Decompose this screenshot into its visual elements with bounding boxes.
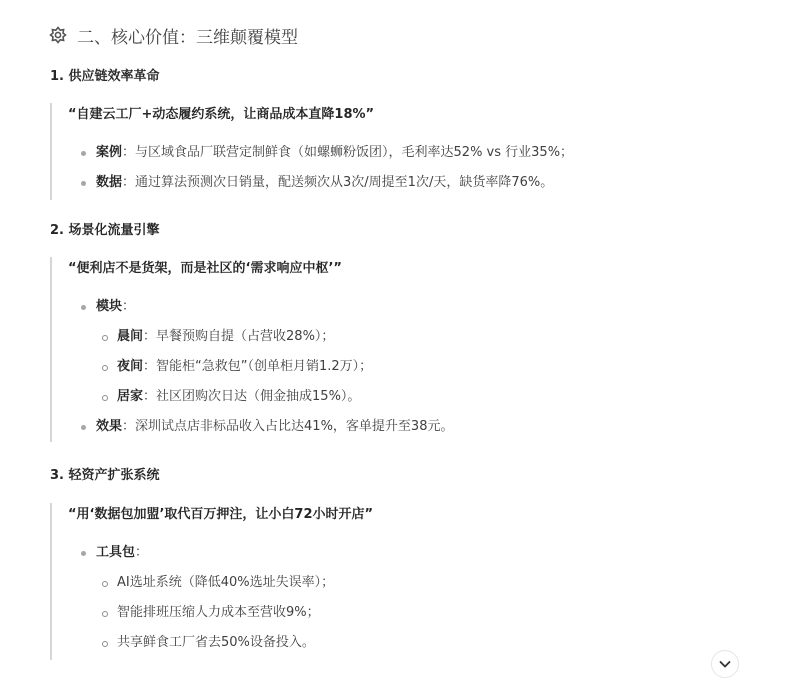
sub-list-item: 共享鲜食工厂省去50%设备投入。 xyxy=(117,633,373,653)
page: 二、核心价值：三维颠覆模型 1. 供应链效率革命 “自建云工厂+动态履约系统，让… xyxy=(0,0,796,687)
list-item: 数据：通过算法预测次日销量，配送频次从3次/周提至1次/天，缺货率降76%。 xyxy=(96,173,573,193)
bullet-icon xyxy=(81,551,86,556)
item-2-heading: 2. 场景化流量引擎 xyxy=(50,221,160,241)
item-1-blockquote: “自建云工厂+动态履约系统，让商品成本直降18%” 案例：与区域食品厂联营定制鲜… xyxy=(50,103,573,200)
item-3-quote: “用‘数据包加盟’取代百万押注，让小白72小时开店” xyxy=(68,505,373,525)
bullet-icon xyxy=(81,151,86,156)
sub-list-item: 智能排班压缩人力成本至营收9%； xyxy=(117,603,373,623)
item-2-blockquote: “便利店不是货架，而是社区的‘需求响应中枢’” 模块： 晨间：早餐预购自提（占营… xyxy=(50,257,453,442)
list-item: 案例：与区域食品厂联营定制鲜食（如螺蛳粉饭团），毛利率达52% vs 行业35%… xyxy=(96,143,573,163)
item-1-list: 案例：与区域食品厂联营定制鲜食（如螺蛳粉饭团），毛利率达52% vs 行业35%… xyxy=(96,143,573,193)
sub-list-item: 居家：社区团购次日达（佣金抽成15%）。 xyxy=(117,387,453,407)
section-title: 二、核心价值：三维颠覆模型 xyxy=(48,22,298,48)
item-2-quote: “便利店不是货架，而是社区的‘需求响应中枢’” xyxy=(68,259,453,279)
bullet-icon xyxy=(81,181,86,186)
chevron-down-icon xyxy=(718,657,732,671)
hollow-bullet-icon xyxy=(102,641,108,647)
sub-list-item: 夜间：智能柜“急救包”（创单柜月销1.2万）； xyxy=(117,357,453,377)
scroll-to-bottom-button[interactable] xyxy=(711,650,739,678)
sub-list-item: AI选址系统（降低40%选址失误率）； xyxy=(117,573,373,593)
item-2-list: 模块： 晨间：早餐预购自提（占营收28%）； 夜间：智能柜“急救包”（创单柜月销… xyxy=(96,297,453,437)
puzzle-flower-icon xyxy=(48,25,68,45)
hollow-bullet-icon xyxy=(102,335,108,341)
item-3-heading: 3. 轻资产扩张系统 xyxy=(50,466,160,486)
bullet-icon xyxy=(81,425,86,430)
hollow-bullet-icon xyxy=(102,365,108,371)
item-3-sublist: AI选址系统（降低40%选址失误率）； 智能排班压缩人力成本至营收9%； 共享鲜… xyxy=(117,573,373,653)
bullet-icon xyxy=(81,305,86,310)
sub-list-item: 晨间：早餐预购自提（占营收28%）； xyxy=(117,327,453,347)
list-item: 工具包： AI选址系统（降低40%选址失误率）； 智能排班压缩人力成本至营收9%… xyxy=(96,543,373,653)
item-1-heading: 1. 供应链效率革命 xyxy=(50,67,160,87)
item-2-sublist: 晨间：早餐预购自提（占营收28%）； 夜间：智能柜“急救包”（创单柜月销1.2万… xyxy=(117,327,453,407)
hollow-bullet-icon xyxy=(102,581,108,587)
item-1-quote: “自建云工厂+动态履约系统，让商品成本直降18%” xyxy=(68,105,573,125)
item-3-list: 工具包： AI选址系统（降低40%选址失误率）； 智能排班压缩人力成本至营收9%… xyxy=(96,543,373,653)
hollow-bullet-icon xyxy=(102,611,108,617)
hollow-bullet-icon xyxy=(102,395,108,401)
list-item: 效果：深圳试点店非标品收入占比达41%，客单提升至38元。 xyxy=(96,417,453,437)
section-title-text: 二、核心价值：三维颠覆模型 xyxy=(77,23,298,48)
list-item: 模块： 晨间：早餐预购自提（占营收28%）； 夜间：智能柜“急救包”（创单柜月销… xyxy=(96,297,453,407)
item-3-blockquote: “用‘数据包加盟’取代百万押注，让小白72小时开店” 工具包： AI选址系统（降… xyxy=(50,503,373,660)
